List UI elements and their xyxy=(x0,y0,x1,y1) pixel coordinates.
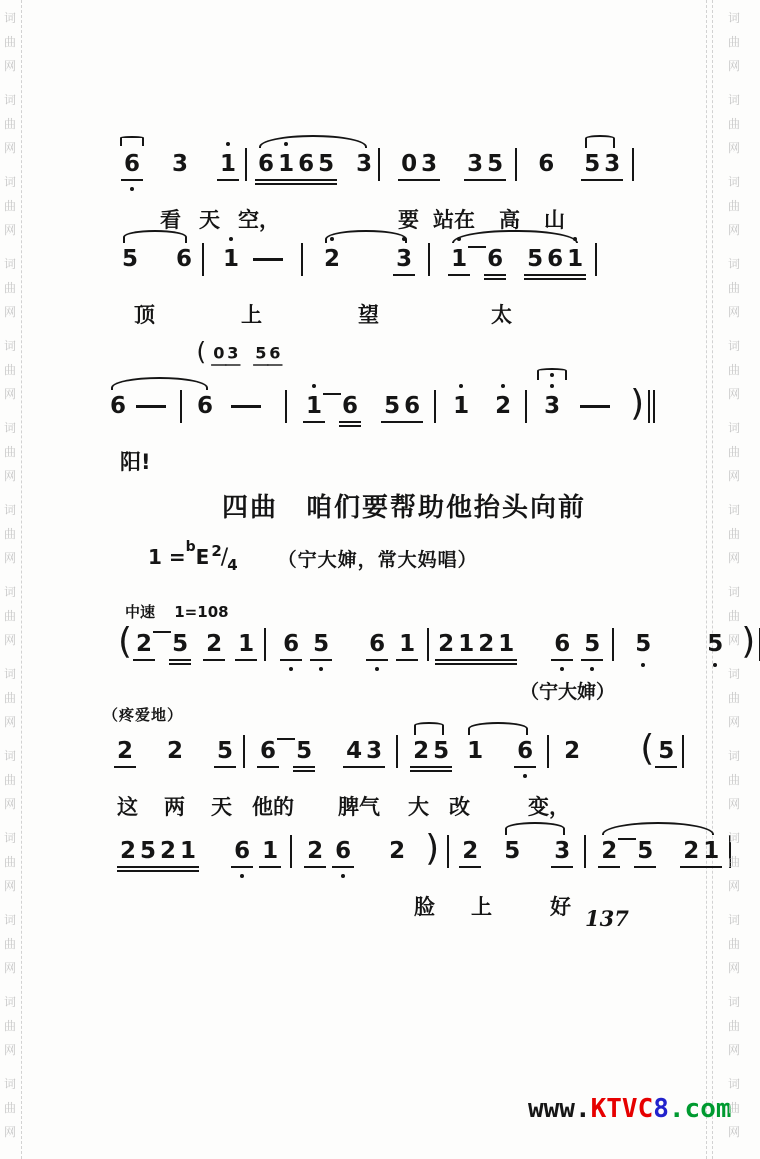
barline xyxy=(245,148,247,181)
meter-denominator: 4 xyxy=(227,556,237,574)
note-6: 6 xyxy=(545,245,565,273)
line-3-pickup: (0356 xyxy=(195,344,282,375)
note-6: 6 xyxy=(515,737,535,765)
side-watermark-char: 曲 xyxy=(4,1014,16,1038)
note-group: 26 xyxy=(305,837,353,865)
right-watermark-column: 词曲网词曲网词曲网词曲网词曲网词曲网词曲网词曲网词曲网词曲网词曲网词曲网词曲网词… xyxy=(728,6,740,1154)
lyric-syllable: 站在 xyxy=(433,204,475,234)
side-watermark-char: 曲 xyxy=(4,194,16,218)
octave-dot-above xyxy=(457,237,461,241)
side-watermark-char: 词 xyxy=(4,1072,16,1096)
side-watermark-char: 曲 xyxy=(4,932,16,956)
side-watermark-group: 词曲网 xyxy=(728,498,740,570)
side-watermark-char: 网 xyxy=(728,218,740,242)
lyric-syllable: 阳! xyxy=(120,446,151,476)
side-watermark-char: 曲 xyxy=(728,440,740,464)
beam-underline xyxy=(418,179,440,181)
note-2: 2 xyxy=(476,630,496,658)
beam-underline xyxy=(235,659,257,661)
beam-underline xyxy=(231,866,253,868)
beam-underline xyxy=(495,659,517,661)
beam-underline xyxy=(310,659,332,661)
note-5: 5 xyxy=(254,344,268,364)
beam-underline xyxy=(484,179,506,181)
beam-underline xyxy=(655,766,677,768)
line-5-notes: 225654325162(5 xyxy=(115,737,691,781)
barline xyxy=(378,148,380,181)
line-6: 252161262)2532521脸上好 xyxy=(118,837,738,921)
octave-dot-below xyxy=(523,774,527,778)
beam-underline xyxy=(455,659,477,661)
side-watermark-group: 词曲网 xyxy=(728,334,740,406)
line-3-notes: 661656123) xyxy=(108,392,662,436)
beam-underline xyxy=(177,866,199,868)
note-2: 2 xyxy=(115,737,135,765)
beam-underline xyxy=(169,659,191,661)
side-watermark-group: 词曲网 xyxy=(728,252,740,324)
note-1: 1 xyxy=(260,837,280,865)
note-1: 1 xyxy=(565,245,585,273)
side-watermark-group: 词曲网 xyxy=(4,252,16,324)
beam-underline xyxy=(430,770,452,772)
barline xyxy=(290,835,292,868)
note-group: 43 xyxy=(344,737,384,765)
beam-underline xyxy=(459,866,481,868)
beam-underline xyxy=(293,770,315,772)
side-watermark-char: 网 xyxy=(728,464,740,488)
sheet-music-page: 词曲网词曲网词曲网词曲网词曲网词曲网词曲网词曲网词曲网词曲网词曲网词曲网词曲网词… xyxy=(0,0,760,1159)
song-title: 四曲 咱们要帮助他抬头向前 xyxy=(222,487,586,524)
side-watermark-char: 词 xyxy=(728,1072,740,1096)
lyric-syllable: 太 xyxy=(491,299,512,329)
note-group: 25 xyxy=(134,630,190,658)
side-watermark-char: 曲 xyxy=(4,276,16,300)
side-watermark-char: 网 xyxy=(4,956,16,980)
note-2: 2 xyxy=(681,837,701,865)
octave-dot-below xyxy=(560,667,564,671)
note-5: 5 xyxy=(525,245,545,273)
note-group: 03 xyxy=(212,344,240,364)
barline xyxy=(447,835,449,868)
side-watermark-char: 词 xyxy=(4,826,16,850)
note-6: 6 xyxy=(485,245,505,273)
lyric-syllable: 顶 xyxy=(134,299,155,329)
side-watermark-char: 网 xyxy=(4,54,16,78)
side-watermark-char: 网 xyxy=(728,54,740,78)
note-5: 5 xyxy=(316,150,336,178)
beam-underline xyxy=(435,663,457,665)
beam-underline xyxy=(524,278,546,280)
octave-dot-below xyxy=(641,663,645,667)
open-paren: ( xyxy=(638,732,656,766)
site-watermark-com: .com xyxy=(669,1094,732,1124)
octave-dot-below xyxy=(713,663,717,667)
side-watermark-char: 曲 xyxy=(4,112,16,136)
side-watermark-group: 词曲网 xyxy=(728,662,740,734)
line-5: 225654325162(5这两天他的脾气大改变， xyxy=(115,737,691,821)
barline xyxy=(264,628,266,661)
beam-underline xyxy=(303,421,325,423)
note-1: 1 xyxy=(178,837,198,865)
side-watermark-char: 曲 xyxy=(4,604,16,628)
beam-underline xyxy=(304,866,326,868)
side-watermark-char: 曲 xyxy=(4,440,16,464)
side-watermark-char: 词 xyxy=(4,744,16,768)
barline xyxy=(595,243,597,276)
beam-underline xyxy=(225,364,240,365)
beam-underline xyxy=(214,766,236,768)
note-1: 1 xyxy=(465,737,485,765)
note-3: 3 xyxy=(226,344,240,364)
side-watermark-group: 词曲网 xyxy=(4,826,16,898)
close-paren: ) xyxy=(423,832,441,866)
close-paren: ) xyxy=(739,625,757,659)
beam-underline xyxy=(700,866,722,868)
beam-underline xyxy=(295,183,317,185)
line-1: 631616530335653看天空，要站在高山 xyxy=(122,150,641,234)
side-watermark-char: 曲 xyxy=(4,768,16,792)
beam-underline xyxy=(280,659,302,661)
barline xyxy=(525,390,527,423)
note-6: 6 xyxy=(296,150,316,178)
side-watermark-char: 网 xyxy=(4,710,16,734)
side-watermark-char: 词 xyxy=(728,826,740,850)
beam-underline xyxy=(401,421,423,423)
slurred-note-group: 16561 xyxy=(449,245,585,273)
side-watermark-char: 网 xyxy=(728,710,740,734)
line-6-lyrics: 脸上好 xyxy=(118,891,738,921)
barline xyxy=(428,243,430,276)
octave-dot-above xyxy=(226,142,230,146)
side-watermark-char: 词 xyxy=(728,498,740,522)
note-5: 5 xyxy=(431,737,451,765)
side-watermark-char: 词 xyxy=(728,334,740,358)
side-watermark-group: 词曲网 xyxy=(4,990,16,1062)
slurred-note-group: 66 xyxy=(108,392,215,423)
lyric-syllable: 脾气 xyxy=(338,791,380,821)
octave-dot-below xyxy=(240,874,244,878)
dash-note xyxy=(580,405,610,408)
note-5: 5 xyxy=(582,630,602,658)
note-2: 2 xyxy=(165,737,185,765)
side-watermark-group: 词曲网 xyxy=(4,908,16,980)
beam-underline xyxy=(332,866,354,868)
side-watermark-group: 词曲网 xyxy=(728,6,740,78)
side-watermark-char: 词 xyxy=(728,580,740,604)
note-6: 6 xyxy=(258,737,278,765)
line-2: 5612316561顶上望太 xyxy=(120,245,604,329)
lyric-syllable: 两 xyxy=(164,791,185,821)
line-3: 661656123)阳! xyxy=(108,392,662,476)
note-group: 56 xyxy=(382,392,422,420)
note-5: 5 xyxy=(705,630,725,658)
side-watermark-char: 网 xyxy=(4,546,16,570)
note-group: 56 xyxy=(254,344,282,364)
beam-underline xyxy=(255,183,277,185)
expression-mark: （疼爱地） xyxy=(103,704,183,725)
lyric-syllable: 这 xyxy=(117,791,138,821)
beam-underline xyxy=(393,274,415,276)
octave-dot-above xyxy=(402,237,406,241)
barline xyxy=(202,243,204,276)
note-6: 6 xyxy=(268,344,282,364)
note-2: 2 xyxy=(387,837,407,865)
beam-underline xyxy=(114,766,136,768)
dash-note xyxy=(253,258,283,261)
site-watermark: www.KTVC8.com xyxy=(528,1094,732,1124)
key-signature-row: 1 = b E 2 / 4 （宁大婶，常大妈唱） xyxy=(148,545,478,572)
beam-underline xyxy=(259,866,281,868)
beam-underline xyxy=(544,274,566,276)
note-6: 6 xyxy=(122,150,142,178)
note-3: 3 xyxy=(602,150,622,178)
note-6: 6 xyxy=(232,837,252,865)
side-watermark-group: 词曲网 xyxy=(4,580,16,652)
side-watermark-group: 词曲网 xyxy=(728,826,740,898)
line-1-lyrics: 看天空，要站在高山 xyxy=(122,204,641,234)
side-watermark-char: 词 xyxy=(4,170,16,194)
beam-underline xyxy=(153,631,171,633)
note-1: 1 xyxy=(218,150,238,178)
note-group: 65 xyxy=(281,630,331,658)
beam-underline xyxy=(169,663,191,665)
note-1: 1 xyxy=(701,837,721,865)
barline xyxy=(301,243,303,276)
beam-underline xyxy=(363,766,385,768)
side-watermark-group: 词曲网 xyxy=(728,416,740,488)
side-watermark-char: 词 xyxy=(4,252,16,276)
note-2: 2 xyxy=(158,837,178,865)
note-1: 1 xyxy=(221,245,241,273)
side-watermark-char: 词 xyxy=(728,252,740,276)
side-watermark-char: 网 xyxy=(728,300,740,324)
beam-underline xyxy=(551,866,573,868)
note-6: 6 xyxy=(340,392,360,420)
side-watermark-char: 网 xyxy=(4,792,16,816)
beam-underline xyxy=(468,246,486,248)
double-barline xyxy=(648,390,658,423)
note-3: 3 xyxy=(552,837,572,865)
note-1: 1 xyxy=(397,630,417,658)
note-2: 2 xyxy=(493,392,513,420)
note-group: 65 xyxy=(552,630,602,658)
beam-underline xyxy=(484,274,506,276)
tempo-label: 中速 xyxy=(125,603,155,621)
page-number: 137 xyxy=(585,906,629,931)
meter-numerator: 2 xyxy=(211,542,221,560)
note-6: 6 xyxy=(367,630,387,658)
left-dashed-line xyxy=(21,0,22,1159)
side-watermark-char: 曲 xyxy=(728,112,740,136)
beam-underline xyxy=(396,659,418,661)
note-5: 5 xyxy=(582,150,602,178)
side-watermark-char: 曲 xyxy=(4,358,16,382)
beam-underline xyxy=(544,278,566,280)
side-watermark-char: 词 xyxy=(728,990,740,1014)
singers-label: （宁大婶，常大妈唱） xyxy=(278,545,478,572)
octave-dot-below xyxy=(590,667,594,671)
beam-underline xyxy=(495,663,517,665)
beam-underline xyxy=(618,838,636,840)
note-6: 6 xyxy=(552,630,572,658)
barline xyxy=(285,390,287,423)
lyric-syllable: 好 xyxy=(550,891,571,921)
line-5-lyrics: 这两天他的脾气大改变， xyxy=(115,791,691,821)
lyric-syllable: 空， xyxy=(238,204,280,234)
flat-sign: b xyxy=(186,539,196,555)
side-watermark-group: 词曲网 xyxy=(728,1072,740,1144)
side-watermark-char: 曲 xyxy=(4,1096,16,1120)
slurred-note-group: 25 xyxy=(411,737,451,765)
beam-underline xyxy=(484,278,506,280)
beam-underline xyxy=(581,659,603,661)
octave-dot-above xyxy=(229,237,233,241)
note-1: 1 xyxy=(496,630,516,658)
line-4-intro: (2521656121216555) xyxy=(116,630,760,674)
cue-ningdashen: （宁大婶） xyxy=(520,677,615,704)
lyric-syllable: 望 xyxy=(358,299,379,329)
barline xyxy=(396,735,398,768)
note-group: 61 xyxy=(232,837,280,865)
side-watermark-group: 词曲网 xyxy=(4,744,16,816)
side-watermark-group: 词曲网 xyxy=(728,744,740,816)
barline xyxy=(515,148,517,181)
line-3-lyrics: 阳! xyxy=(108,446,662,476)
side-watermark-char: 曲 xyxy=(728,768,740,792)
beam-underline xyxy=(275,179,297,181)
lyric-syllable: 改 xyxy=(449,791,470,821)
close-paren: ) xyxy=(628,387,646,421)
side-watermark-char: 曲 xyxy=(728,1096,740,1120)
side-watermark-char: 词 xyxy=(4,908,16,932)
metronome-mark: 1=108 xyxy=(174,603,228,621)
open-paren: ( xyxy=(195,341,208,365)
slurred-note-group: 2521 xyxy=(599,837,721,865)
note-2: 2 xyxy=(204,630,224,658)
beam-underline xyxy=(564,278,586,280)
dash-note xyxy=(136,405,166,408)
note-2: 2 xyxy=(460,837,480,865)
side-watermark-char: 词 xyxy=(4,416,16,440)
side-watermark-group: 词曲网 xyxy=(4,6,16,78)
note-3: 3 xyxy=(465,150,485,178)
beam-underline xyxy=(121,179,143,181)
side-watermark-char: 网 xyxy=(4,218,16,242)
note-group: 2521 xyxy=(118,837,198,865)
side-watermark-char: 曲 xyxy=(728,194,740,218)
beam-underline xyxy=(581,179,603,181)
note-5: 5 xyxy=(635,837,655,865)
line-2-notes: 5612316561 xyxy=(120,245,604,289)
time-signature: 2 / 4 xyxy=(211,545,237,570)
beam-underline xyxy=(448,274,470,276)
side-watermark-char: 词 xyxy=(4,662,16,686)
side-watermark-char: 词 xyxy=(728,744,740,768)
note-5: 5 xyxy=(120,245,140,273)
note-5: 5 xyxy=(215,737,235,765)
beam-underline xyxy=(157,870,179,872)
note-group: 03 xyxy=(399,150,439,178)
octave-dot-above xyxy=(312,384,316,388)
side-watermark-char: 词 xyxy=(728,662,740,686)
beam-underline xyxy=(598,866,620,868)
beam-underline xyxy=(137,866,159,868)
lyric-syllable: 脸 xyxy=(414,891,435,921)
tempo-row: 中速 1=108 xyxy=(125,601,229,622)
note-1: 1 xyxy=(451,392,471,420)
note-1: 1 xyxy=(236,630,256,658)
note-5: 5 xyxy=(294,737,314,765)
side-watermark-char: 曲 xyxy=(4,686,16,710)
beam-underline xyxy=(464,179,486,181)
side-watermark-group: 词曲网 xyxy=(4,170,16,242)
beam-underline xyxy=(157,866,179,868)
line-6-notes: 252161262)2532521 xyxy=(118,837,738,881)
side-watermark-group: 词曲网 xyxy=(728,88,740,160)
note-6: 6 xyxy=(108,392,128,420)
note-2: 2 xyxy=(562,737,582,765)
barline xyxy=(584,835,586,868)
note-2: 2 xyxy=(322,245,342,273)
barline xyxy=(547,735,549,768)
site-watermark-ktvc: KTVC xyxy=(591,1094,654,1124)
note-0: 0 xyxy=(212,344,226,364)
slurred-note-group: 56 xyxy=(120,245,194,273)
note-group: 61 xyxy=(367,630,417,658)
slurred-note-group: 53 xyxy=(582,150,622,178)
side-watermark-char: 词 xyxy=(728,6,740,30)
octave-dot-above xyxy=(459,384,463,388)
lyric-syllable: 他的 xyxy=(252,791,294,821)
left-watermark-column: 词曲网词曲网词曲网词曲网词曲网词曲网词曲网词曲网词曲网词曲网词曲网词曲网词曲网词… xyxy=(4,6,16,1154)
octave-dot-above xyxy=(550,384,554,388)
beam-underline xyxy=(315,179,337,181)
note-6: 6 xyxy=(281,630,301,658)
octave-dot-below xyxy=(319,667,323,671)
side-watermark-char: 词 xyxy=(4,88,16,112)
note-6: 6 xyxy=(174,245,194,273)
beam-underline xyxy=(680,866,702,868)
line-3-pickup-notes: (0356 xyxy=(195,344,282,375)
side-watermark-char: 曲 xyxy=(728,30,740,54)
beam-underline xyxy=(257,766,279,768)
side-watermark-group: 词曲网 xyxy=(728,580,740,652)
side-watermark-char: 网 xyxy=(4,1038,16,1062)
octave-dot-below xyxy=(341,874,345,878)
side-watermark-char: 曲 xyxy=(728,850,740,874)
side-watermark-char: 曲 xyxy=(728,1014,740,1038)
beam-underline xyxy=(275,183,297,185)
beam-underline xyxy=(514,766,536,768)
beam-underline xyxy=(255,179,277,181)
barline xyxy=(180,390,182,423)
beam-underline xyxy=(564,274,586,276)
side-watermark-char: 词 xyxy=(728,88,740,112)
beam-underline xyxy=(339,421,361,423)
note-5: 5 xyxy=(502,837,522,865)
side-watermark-char: 曲 xyxy=(728,276,740,300)
note-2: 2 xyxy=(599,837,619,865)
side-watermark-group: 词曲网 xyxy=(4,1072,16,1144)
beam-underline xyxy=(601,179,623,181)
side-watermark-char: 词 xyxy=(4,334,16,358)
side-watermark-group: 词曲网 xyxy=(4,88,16,160)
side-watermark-char: 网 xyxy=(4,136,16,160)
side-watermark-char: 曲 xyxy=(4,522,16,546)
beam-underline xyxy=(634,866,656,868)
note-3: 3 xyxy=(170,150,190,178)
beam-underline xyxy=(267,364,282,365)
